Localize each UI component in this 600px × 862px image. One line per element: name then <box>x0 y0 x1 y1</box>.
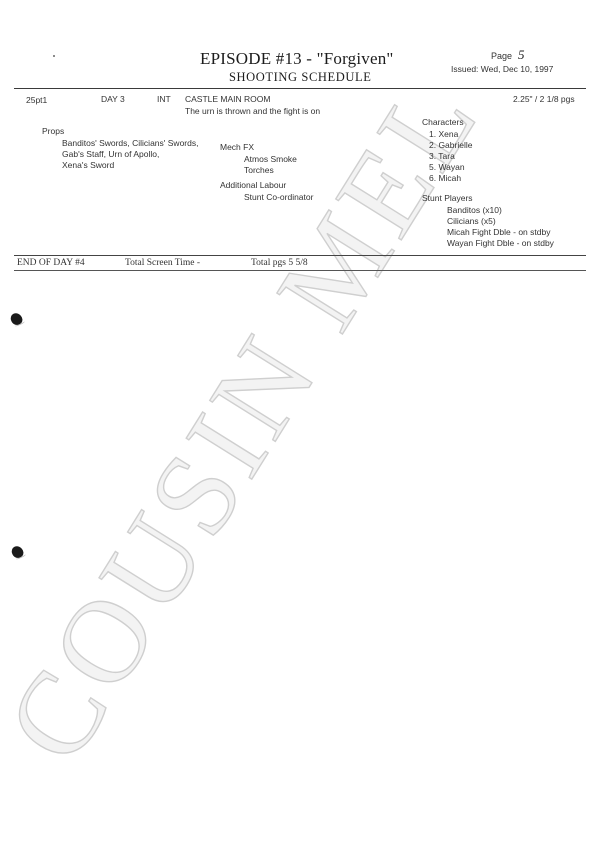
stunt-player-item: Banditos (x10) <box>422 205 554 216</box>
schedule-subtitle: SHOOTING SCHEDULE <box>229 70 372 85</box>
total-screen-time: Total Screen Time - <box>125 258 200 268</box>
props-item: Banditos' Swords, Cilicians' Swords, <box>42 138 198 149</box>
scene-id: 25pt1 <box>26 95 47 105</box>
characters-label: Characters <box>422 117 472 128</box>
mech-fx-label: Mech FX <box>220 142 297 153</box>
stunt-player-item: Micah Fight Dble - on stdby <box>422 227 554 238</box>
mech-fx-item: Atmos Smoke <box>220 154 297 165</box>
episode-title: EPISODE #13 - "Forgiven" <box>200 49 394 69</box>
issued-date: Issued: Wed, Dec 10, 1997 <box>451 64 553 74</box>
scene-length: 2.25" / 2 1/8 pgs <box>513 94 575 104</box>
characters-section: Characters 1. Xena 2. Gabrielle 3. Tara … <box>422 117 472 184</box>
end-of-day-label: END OF DAY #4 <box>17 258 85 268</box>
total-pages: Total pgs 5 5/8 <box>251 258 308 268</box>
character-item: 2. Gabrielle <box>422 140 472 151</box>
scene-location: CASTLE MAIN ROOM <box>185 94 270 104</box>
additional-labour-label: Additional Labour <box>220 180 313 191</box>
props-section: Props Banditos' Swords, Cilicians' Sword… <box>42 126 198 171</box>
props-label: Props <box>42 126 198 137</box>
mech-fx-item: Torches <box>220 165 297 176</box>
character-item: 1. Xena <box>422 129 472 140</box>
character-item: 5. Wayan <box>422 162 472 173</box>
page-label: Page <box>491 51 512 61</box>
additional-labour-section: Additional Labour Stunt Co-ordinator <box>220 180 313 203</box>
stunt-players-label: Stunt Players <box>422 193 554 204</box>
stunt-players-section: Stunt Players Banditos (x10) Cilicians (… <box>422 193 554 249</box>
hole-punch-mark <box>9 311 24 327</box>
page-number: 5 <box>518 47 525 63</box>
mech-fx-section: Mech FX Atmos Smoke Torches <box>220 142 297 176</box>
scene-description: The urn is thrown and the fight is on <box>185 106 320 116</box>
end-of-day-top-rule <box>14 255 586 256</box>
character-item: 3. Tara <box>422 151 472 162</box>
props-item: Xena's Sword <box>42 160 198 171</box>
end-of-day-bottom-rule <box>14 270 586 271</box>
stunt-player-item: Wayan Fight Dble - on stdby <box>422 238 554 249</box>
additional-labour-item: Stunt Co-ordinator <box>220 192 313 203</box>
scene-int-ext: INT <box>157 94 171 104</box>
header-rule <box>14 88 586 89</box>
scene-day: DAY 3 <box>101 94 125 104</box>
props-item: Gab's Staff, Urn of Apollo, <box>42 149 198 160</box>
stunt-player-item: Cilicians (x5) <box>422 216 554 227</box>
character-item: 6. Micah <box>422 173 472 184</box>
stray-mark <box>53 55 55 57</box>
hole-punch-mark <box>10 544 25 560</box>
